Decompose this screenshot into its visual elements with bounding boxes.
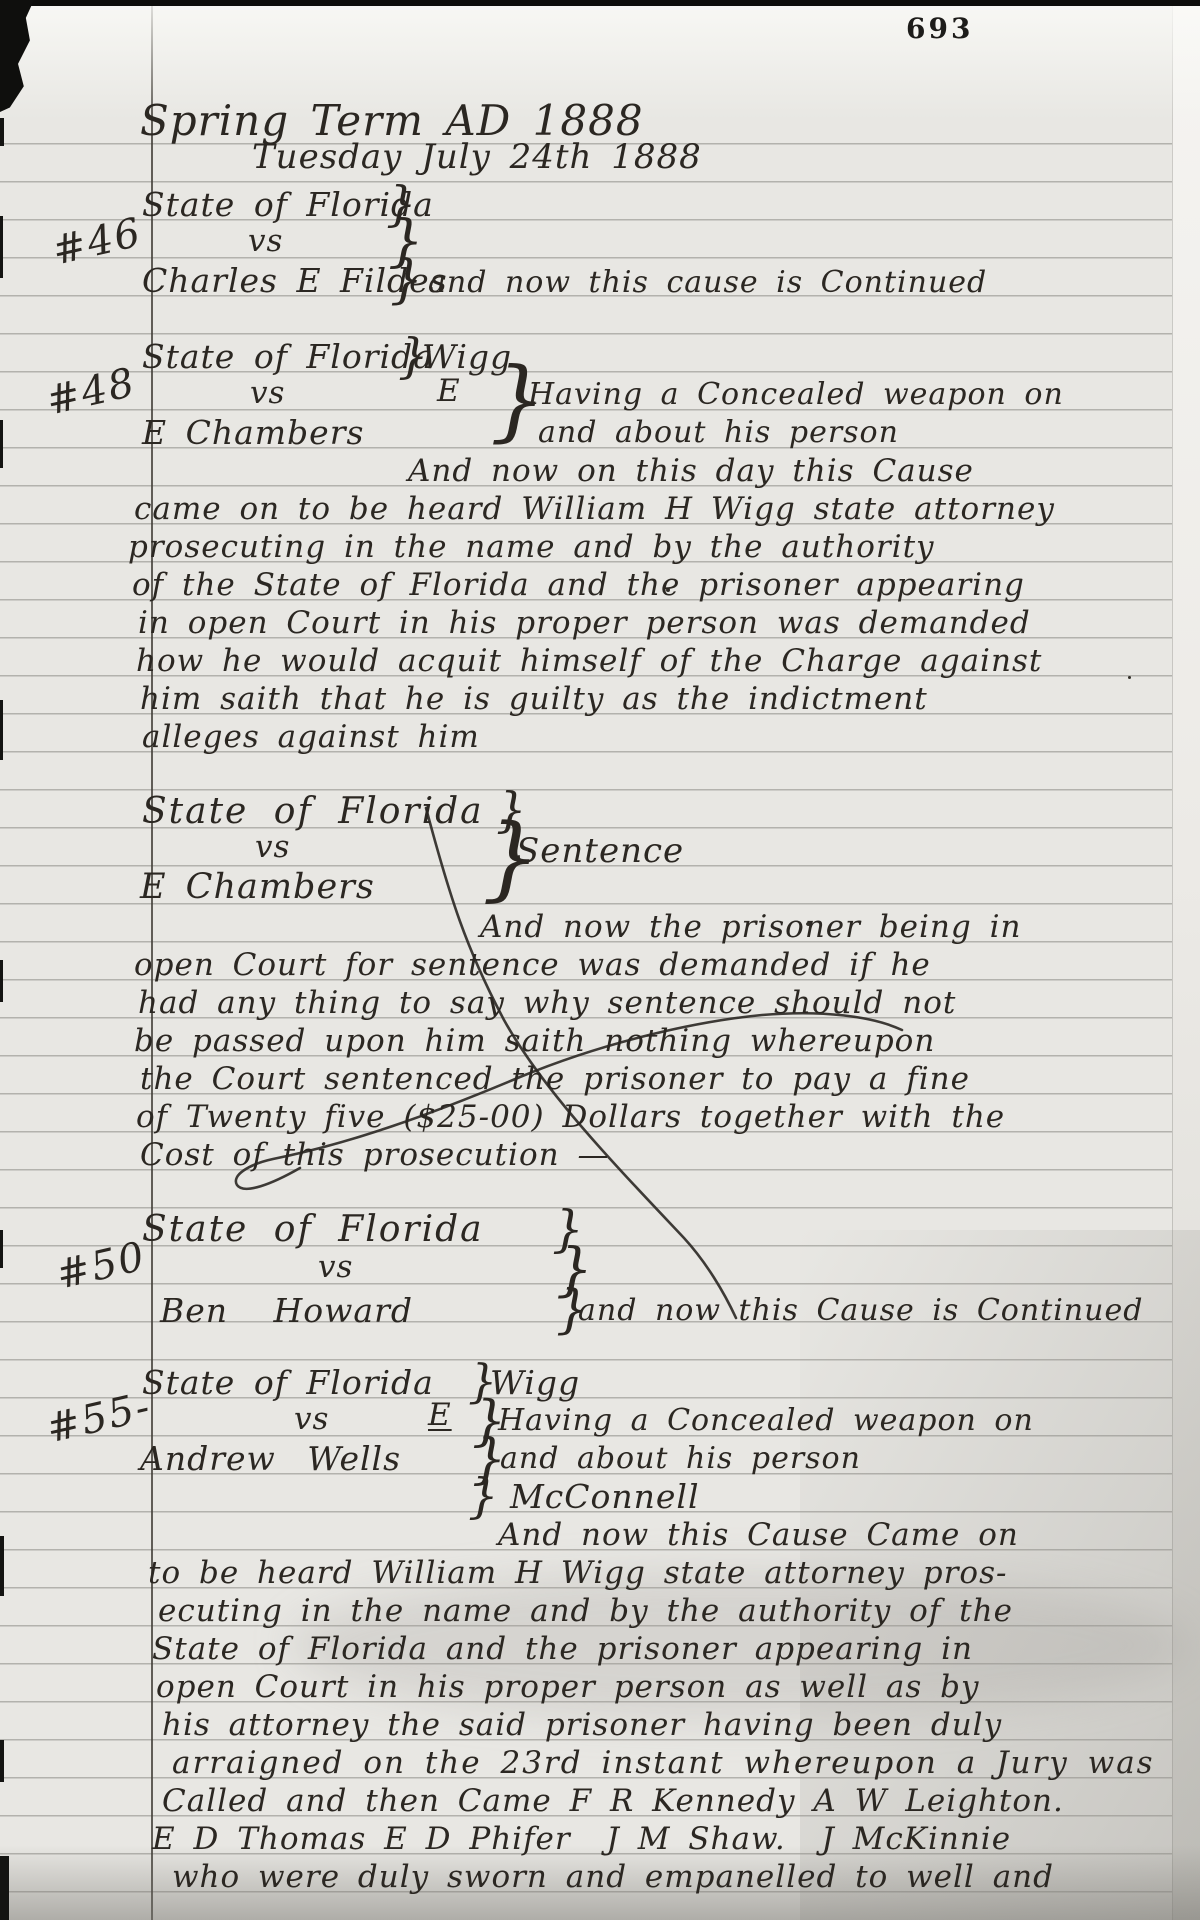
strike-marks (0, 0, 1200, 1920)
strike-curve-up (236, 1013, 902, 1189)
strike-curve-down (426, 808, 736, 1318)
scanned-ledger-page: { "page": { "number": "693" }, "header":… (0, 0, 1200, 1920)
